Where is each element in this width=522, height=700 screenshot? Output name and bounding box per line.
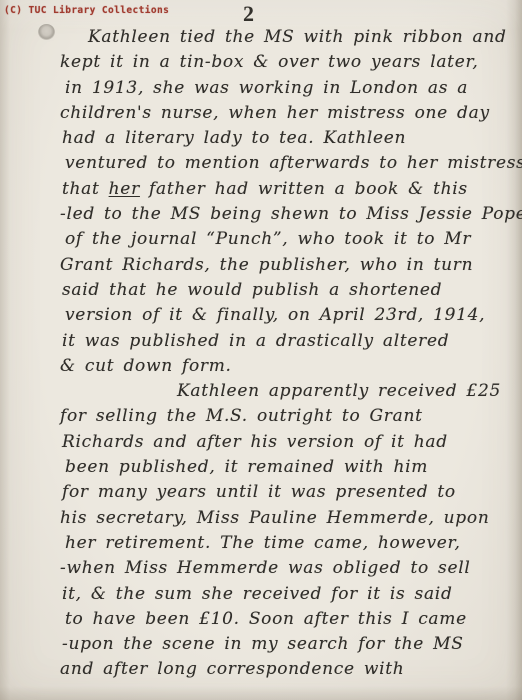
manuscript-line: in 1913, she was working in London as a — [65, 76, 518, 101]
manuscript-line: had a literary lady to tea. Kathleen — [62, 126, 518, 151]
page-number: 2 — [243, 1, 254, 27]
underlined-word: her — [109, 179, 140, 199]
manuscript-line: that her father had written a book & thi… — [62, 177, 518, 202]
manuscript-line: and after long correspondence with — [60, 657, 518, 682]
manuscript-line: kept it in a tin-box & over two years la… — [60, 50, 518, 75]
manuscript-line: said that he would publish a shortened — [62, 278, 518, 303]
manuscript-line: & cut down form. — [60, 354, 518, 379]
manuscript-text: Kathleen tied the MS with pink ribbon an… — [60, 25, 518, 683]
library-watermark: (C) TUC Library Collections — [4, 5, 169, 16]
line-text: that — [62, 179, 109, 199]
manuscript-line: it, & the sum she received for it is sai… — [62, 582, 518, 607]
document-scan: (C) TUC Library Collections 2 Kathleen t… — [0, 0, 522, 700]
manuscript-line: Grant Richards, the publisher, who in tu… — [60, 253, 518, 278]
manuscript-line: ventured to mention afterwards to her mi… — [65, 151, 518, 176]
manuscript-line: -led to the MS being shewn to Miss Jessi… — [60, 202, 518, 227]
manuscript-line: -when Miss Hemmerde was obliged to sell — [60, 556, 518, 581]
manuscript-line: children's nurse, when her mistress one … — [60, 101, 518, 126]
manuscript-line: of the journal “Punch”, who took it to M… — [65, 227, 518, 252]
manuscript-line: version of it & finally, on April 23rd, … — [65, 303, 518, 328]
manuscript-line: Kathleen apparently received £25 — [65, 379, 518, 404]
manuscript-line: Kathleen tied the MS with pink ribbon an… — [62, 25, 518, 50]
punch-hole-mark — [38, 24, 55, 40]
manuscript-line: it was published in a drastically altere… — [62, 329, 518, 354]
manuscript-line: for many years until it was presented to — [62, 480, 518, 505]
manuscript-line: -upon the scene in my search for the MS — [62, 632, 518, 657]
manuscript-line: for selling the M.S. outright to Grant — [60, 404, 518, 429]
manuscript-line: been published, it remained with him — [65, 455, 518, 480]
manuscript-line: to have been £10. Soon after this I came — [65, 607, 518, 632]
manuscript-line: his secretary, Miss Pauline Hemmerde, up… — [60, 506, 518, 531]
line-text: father had written a book & this — [140, 179, 468, 199]
manuscript-line: her retirement. The time came, however, — [65, 531, 518, 556]
manuscript-line: Richards and after his version of it had — [62, 430, 518, 455]
